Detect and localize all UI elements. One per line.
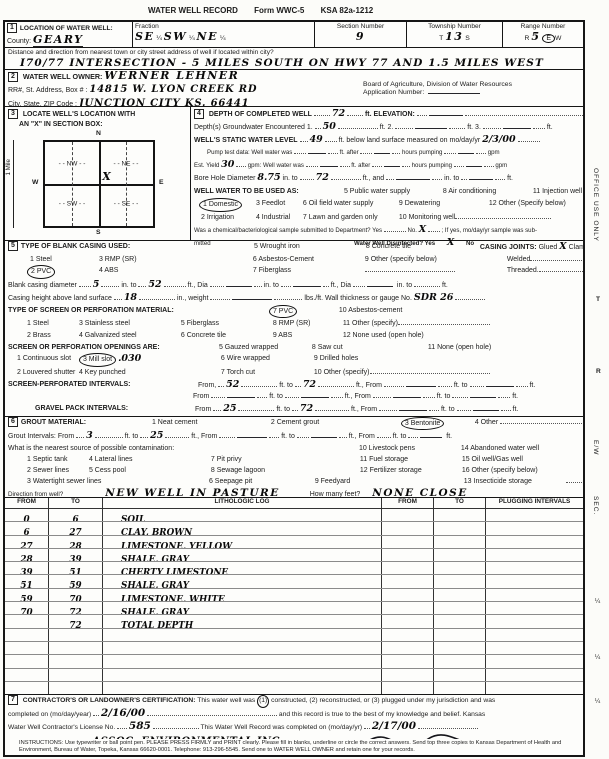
contamination-option: 2 Sewer lines bbox=[27, 465, 87, 476]
dotted-leader bbox=[373, 391, 391, 398]
opening-option: 1 Continuous slot bbox=[17, 353, 77, 365]
document-title: WATER WELL RECORD bbox=[148, 6, 238, 15]
from-value: 51 bbox=[20, 581, 32, 587]
lithology-value: CHERTY LIMESTONE bbox=[121, 568, 228, 574]
dotted-leader bbox=[418, 722, 478, 729]
lithology-value: LIMESTONE, YELLOW bbox=[121, 542, 232, 548]
dotted-leader bbox=[398, 318, 490, 325]
est-yield-label: Est. Yield bbox=[194, 162, 219, 169]
blank-dash bbox=[367, 281, 393, 287]
dotted-leader bbox=[147, 709, 277, 716]
section3-4-row: 3 LOCATE WELL'S LOCATION WITH AN "X" IN … bbox=[5, 107, 583, 241]
fraction-cell: Fraction SE ¼ SW ¼ NE ¼ bbox=[133, 22, 315, 47]
section6-number: 6 bbox=[8, 417, 18, 427]
ft-dia-label: ft., Dia bbox=[188, 282, 208, 289]
dotted-leader bbox=[495, 173, 505, 180]
screen-interval-to: 72 bbox=[303, 379, 316, 390]
dotted-leader bbox=[238, 404, 274, 411]
dotted-leader bbox=[449, 122, 465, 129]
dotted-leader bbox=[306, 160, 318, 167]
table-header-row: FROM TO LITHOLOGIC LOG FROM TO PLUGGING … bbox=[5, 498, 583, 509]
section4-well-data: 4 DEPTH OF COMPLETED WELL 72 ft. ELEVATI… bbox=[191, 107, 583, 240]
range-cell: Range Number R 5 EW bbox=[503, 22, 583, 47]
range-east-circled: E bbox=[542, 34, 555, 43]
dotted-leader bbox=[457, 404, 471, 411]
dotted-leader bbox=[323, 280, 329, 287]
screen-material-title: TYPE OF SCREEN OR PERFORATION MATERIAL: bbox=[8, 305, 267, 317]
use-option: 12 Other (Specify below) bbox=[489, 198, 566, 210]
table-row: 6 27 CLAY, BROWN bbox=[5, 522, 583, 535]
dotted-leader bbox=[498, 391, 510, 398]
dotted-leader bbox=[539, 265, 583, 272]
section1-location-row: 1LOCATION OF WATER WELL: County: GEARY F… bbox=[5, 22, 583, 48]
in-to-label: in. to bbox=[444, 175, 459, 182]
table-row-empty bbox=[5, 655, 583, 668]
dotted-leader bbox=[452, 391, 468, 398]
city-value: JUNCTION CITY KS. 66441 bbox=[79, 98, 249, 107]
dotted-leader bbox=[114, 293, 122, 300]
casing-option: 1 Steel bbox=[30, 254, 97, 266]
to-value: 6 bbox=[72, 515, 78, 521]
from-value: 0 bbox=[23, 515, 29, 521]
contamination-option: 10 Livestock pens bbox=[359, 443, 459, 454]
section3-locate-well: 3 LOCATE WELL'S LOCATION WITH AN "X" IN … bbox=[5, 107, 191, 240]
dotted-leader bbox=[377, 431, 391, 438]
fraction3-value: NE bbox=[197, 30, 218, 43]
dotted-leader bbox=[325, 135, 337, 142]
contamination-option: 7 Pit privy bbox=[211, 454, 358, 465]
dotted-leader bbox=[364, 722, 370, 729]
ft-from-label: ft., From bbox=[349, 433, 375, 440]
dotted-leader bbox=[465, 109, 583, 116]
quarter-dashed-line bbox=[72, 142, 73, 226]
slot-size-value: .030 bbox=[118, 353, 141, 364]
contamination-option: 12 Fertilizer storage bbox=[360, 465, 460, 476]
dotted-leader bbox=[274, 293, 302, 300]
use-option: 2 Irrigation bbox=[201, 212, 254, 224]
dotted-leader bbox=[138, 280, 146, 287]
dotted-leader bbox=[241, 380, 277, 387]
one-mile-scale-line bbox=[13, 140, 14, 228]
static-water-level-label: WELL'S STATIC WATER LEVEL bbox=[194, 137, 298, 144]
blank-dash bbox=[301, 392, 329, 398]
depth-value: 72 bbox=[332, 108, 345, 119]
township-label: Township Number bbox=[409, 23, 500, 30]
dotted-leader bbox=[331, 173, 361, 180]
gpm-label: gpm bbox=[495, 162, 507, 169]
license-label: Water Well Contractor's License No. bbox=[8, 724, 115, 731]
ft-label: ft. bbox=[512, 393, 518, 400]
grout-intervals-label: Grout Intervals: bbox=[8, 433, 56, 440]
dotted-leader bbox=[269, 431, 279, 438]
blank-dash bbox=[458, 148, 474, 154]
range-w: W bbox=[555, 35, 561, 42]
contamination-option: 9 Feedyard bbox=[315, 476, 462, 487]
dotted-leader bbox=[500, 417, 583, 424]
screen-option: 2 Brass bbox=[27, 330, 77, 342]
completed-date-value: 2/16/00 bbox=[101, 708, 145, 719]
casing-title: TYPE OF BLANK CASING USED: bbox=[21, 243, 130, 250]
dotted-leader bbox=[93, 709, 99, 716]
disinfected-label: Water Well Disinfected? Yes bbox=[354, 240, 435, 247]
quarter-margin-label: ¼ bbox=[594, 698, 601, 706]
bore-diameter-value: 8.75 bbox=[257, 172, 280, 183]
use-option: 11 Injection well bbox=[533, 186, 582, 198]
opening-option: 8 Saw cut bbox=[312, 342, 426, 354]
to-value: 28 bbox=[69, 542, 81, 548]
dotted-leader bbox=[408, 431, 418, 438]
measured-date-value: 2/3/00 bbox=[482, 134, 515, 145]
blank-dash bbox=[470, 392, 496, 398]
board-block: Board of Agriculture, Division of Water … bbox=[363, 81, 512, 96]
compass-north-label: N bbox=[96, 130, 101, 137]
certification-text: This water well was bbox=[197, 697, 255, 704]
compass-south-label: S bbox=[96, 229, 101, 236]
blank-casing-diameter-label: Blank casing diameter bbox=[8, 282, 77, 289]
dotted-leader bbox=[140, 431, 148, 438]
distance-value: I70/77 INTERSECTION - 5 MILES SOUTH ON H… bbox=[20, 57, 544, 70]
blank-dash bbox=[311, 432, 337, 438]
grout-option: 1 Neat cement bbox=[152, 417, 269, 428]
se-quarter-label: SE bbox=[114, 201, 139, 208]
screen-option: 3 Stainless steel bbox=[79, 318, 179, 330]
dotted-leader bbox=[79, 280, 91, 287]
county-value: GEARY bbox=[33, 33, 83, 47]
pump-test-label: Pump test data: bbox=[207, 149, 250, 156]
use-label: WELL WATER TO BE USED AS: bbox=[194, 186, 342, 198]
dotted-leader bbox=[210, 293, 230, 300]
dotted-leader bbox=[153, 722, 199, 729]
screen-option: 11 Other (specify) bbox=[343, 318, 398, 330]
blank-dash bbox=[469, 174, 493, 180]
section5-number: 5 bbox=[8, 241, 18, 251]
dotted-leader bbox=[402, 160, 410, 167]
dotted-leader bbox=[165, 431, 189, 438]
static-water-level-value: 49 bbox=[309, 134, 322, 145]
no-label: No bbox=[466, 240, 474, 247]
screen-option: 4 Galvanized steel bbox=[79, 330, 179, 342]
blank-dash bbox=[420, 432, 442, 438]
record-date-value: 2/17/00 bbox=[372, 721, 416, 732]
range-margin-label: R bbox=[596, 368, 601, 375]
casing-diameter-value: 5 bbox=[93, 279, 100, 290]
screen-option: 6 Concrete tile bbox=[181, 330, 271, 342]
well-location-x-mark: X bbox=[102, 170, 111, 183]
section7-number: 7 bbox=[8, 695, 18, 705]
office-use-only-label: OFFICE USE ONLY bbox=[592, 168, 599, 242]
from-label: From bbox=[58, 433, 74, 440]
to-header: TO bbox=[434, 498, 486, 508]
dotted-leader bbox=[417, 109, 427, 116]
ft-to-label: ft. to bbox=[454, 382, 468, 389]
lithology-value: CLAY, BROWN bbox=[121, 528, 192, 534]
dotted-leader bbox=[340, 160, 350, 167]
dotted-leader bbox=[384, 380, 404, 387]
blank-dash bbox=[428, 88, 480, 94]
to-value: 70 bbox=[69, 595, 81, 601]
township-value: 13 bbox=[445, 30, 463, 43]
how-many-feet-value: NONE CLOSE bbox=[372, 488, 467, 498]
opening-option: 2 Louvered shutter bbox=[17, 367, 77, 379]
contamination-option: 16 Other (specify below) bbox=[462, 465, 538, 476]
table-row: 59 70 LIMESTONE, WHITE bbox=[5, 589, 583, 602]
opening-option: 9 Drilled holes bbox=[314, 353, 358, 365]
opening-option: 10 Other (specify) bbox=[314, 367, 370, 379]
table-row: 27 28 LIMESTONE, YELLOW bbox=[5, 536, 583, 549]
sw-quarter-label: SW bbox=[59, 201, 85, 208]
blank-dash bbox=[384, 161, 400, 167]
screen-option: 1 Steel bbox=[27, 318, 77, 330]
application-number-label: Application Number: bbox=[363, 89, 424, 96]
dotted-leader bbox=[211, 391, 225, 398]
compass-west-label: W bbox=[32, 179, 38, 186]
section1-number: 1 bbox=[7, 23, 17, 33]
to-header: TO bbox=[49, 498, 103, 508]
casing-option: 9 Other (specify below) bbox=[365, 254, 477, 266]
contamination-label: What is the nearest source of possible c… bbox=[8, 443, 357, 454]
dotted-leader bbox=[438, 380, 452, 387]
dotted-leader bbox=[219, 431, 235, 438]
table-row: 0 6 SOIL bbox=[5, 509, 583, 522]
use-option: 3 Feedlot bbox=[256, 198, 301, 210]
section-box-midline-horizontal bbox=[45, 184, 153, 186]
ft-after-label: ft. after bbox=[340, 149, 359, 156]
section2-owner-block: 2 WATER WELL OWNER: WERNER LEHNER RR#, S… bbox=[5, 70, 583, 107]
grout-to-value: 25 bbox=[150, 430, 163, 441]
range-value: 5 bbox=[531, 30, 540, 43]
instructions-text: INSTRUCTIONS: Use typewriter or ball poi… bbox=[5, 739, 583, 753]
ft-from-label: ft., From bbox=[345, 393, 371, 400]
location-cell: 1LOCATION OF WATER WELL: County: GEARY bbox=[5, 22, 133, 47]
ft-to-label: ft. to bbox=[441, 406, 455, 413]
table-row: 51 59 SHALE, GRAY bbox=[5, 575, 583, 588]
dotted-leader bbox=[315, 122, 321, 129]
fraction2-value: SW bbox=[164, 30, 187, 43]
casing-height-value: 18 bbox=[124, 292, 137, 303]
table-row-empty bbox=[5, 669, 583, 682]
to-value: 39 bbox=[69, 555, 81, 561]
from-value: 59 bbox=[20, 595, 32, 601]
dotted-leader bbox=[294, 147, 306, 154]
township-t: T bbox=[439, 35, 443, 42]
blank-dash bbox=[415, 123, 447, 129]
blank-dash bbox=[399, 405, 427, 411]
est-yield-value: 30 bbox=[221, 159, 234, 170]
dotted-leader bbox=[339, 431, 347, 438]
dotted-leader bbox=[566, 476, 583, 483]
compass-east-label: E bbox=[159, 179, 164, 186]
blank-dash bbox=[429, 110, 463, 116]
dotted-leader bbox=[257, 391, 267, 398]
dotted-leader bbox=[370, 367, 490, 374]
gravel-pack-from: 25 bbox=[223, 403, 236, 414]
dotted-leader bbox=[444, 147, 456, 154]
dotted-leader bbox=[518, 135, 540, 142]
sample-question-label: Was a chemical/bacteriological sample su… bbox=[194, 227, 382, 234]
dotted-leader bbox=[300, 173, 314, 180]
distance-label: Distance and direction from nearest town… bbox=[5, 48, 583, 57]
ft-label: ft. bbox=[547, 124, 553, 131]
table-row: 70 72 SHALE, GRAY bbox=[5, 602, 583, 615]
lithology-value: TOTAL DEPTH bbox=[121, 621, 193, 627]
dotted-leader bbox=[395, 122, 413, 129]
section-number-cell: Section Number 9 bbox=[315, 22, 407, 47]
how-many-feet-label: How many feet? bbox=[310, 491, 361, 498]
no-label: No. bbox=[408, 227, 417, 234]
table-row-empty bbox=[5, 642, 583, 655]
fraction1-value: SE bbox=[135, 30, 154, 43]
table-row-empty bbox=[5, 629, 583, 642]
dotted-leader bbox=[328, 147, 338, 154]
well-water-was-label: Well water was bbox=[263, 162, 304, 169]
ksa-number: KSA 82a-1212 bbox=[321, 6, 374, 15]
quarter-margin-label: ¼ bbox=[594, 654, 601, 662]
ft-from-label: ft., From bbox=[356, 382, 382, 389]
lithology-value: SOIL bbox=[121, 515, 145, 521]
threaded-label: Threaded. bbox=[507, 267, 539, 274]
water-well-record-form: WATER WELL RECORD Form WWC-5 KSA 82a-121… bbox=[0, 0, 609, 759]
dotted-leader bbox=[318, 380, 354, 387]
screen-option: 10 Asbestos-cement bbox=[339, 305, 402, 317]
blank-dash bbox=[473, 405, 499, 411]
certification-title: CONTRACTOR'S OR LANDOWNER'S CERTIFICATIO… bbox=[23, 697, 196, 704]
to-value: 27 bbox=[69, 528, 81, 534]
screen-option: 12 None used (open hole) bbox=[343, 330, 424, 342]
use-option: 5 Public water supply bbox=[344, 186, 441, 198]
one-mile-label: 1 Mile bbox=[5, 159, 12, 176]
section3-number: 3 bbox=[8, 109, 18, 119]
to-value: 51 bbox=[69, 568, 81, 574]
dotted-leader bbox=[285, 391, 299, 398]
dotted-leader bbox=[533, 122, 545, 129]
dotted-leader bbox=[386, 173, 394, 180]
ft-label: ft. bbox=[513, 406, 519, 413]
county-label: County: bbox=[7, 38, 31, 45]
quarter-margin-label: ¼ bbox=[594, 598, 601, 606]
screen-option: 9 ABS bbox=[273, 330, 341, 342]
ft-label: ft. bbox=[446, 433, 452, 440]
blank-dash bbox=[227, 392, 255, 398]
to-value: 72 bbox=[69, 621, 81, 627]
ft-to-label: ft. to bbox=[279, 382, 293, 389]
table-row: 39 51 CHERTY LIMESTONE bbox=[5, 562, 583, 575]
in-to-label: in. to bbox=[264, 282, 279, 289]
bore-hole-label: Bore Hole Diameter bbox=[194, 175, 255, 182]
completed-on-label: completed on (mo/day/year) bbox=[8, 711, 91, 718]
section4-number: 4 bbox=[194, 109, 204, 119]
blank-dash bbox=[406, 381, 436, 387]
blank-dash bbox=[308, 148, 326, 154]
dotted-leader bbox=[76, 431, 84, 438]
use-option: 8 Air conditioning bbox=[443, 186, 531, 198]
blank-dash bbox=[374, 148, 390, 154]
form-number: Form WWC-5 bbox=[254, 6, 304, 15]
business-name-value: ASSOC. ENVIRONMENTAL INC. bbox=[92, 736, 283, 739]
certification-text: constructed, (2) reconstructed, or (3) p… bbox=[271, 697, 495, 704]
use-option: 7 Lawn and garden only bbox=[303, 212, 397, 224]
blank-dash bbox=[393, 392, 421, 398]
grout-option: 4 Other bbox=[475, 417, 498, 428]
dotted-leader bbox=[295, 380, 301, 387]
ft-label: ft. bbox=[507, 175, 513, 182]
nw-quarter-label: NW bbox=[59, 160, 86, 167]
gpm2-label: gpm: bbox=[248, 162, 262, 169]
township-cell: Township Number T 13 S bbox=[407, 22, 503, 47]
east-west-margin-label: E/W bbox=[592, 440, 599, 455]
dotted-leader bbox=[414, 280, 440, 287]
sample-question-tail: ; If yes, mo/day/yr sample was sub- bbox=[441, 227, 537, 234]
casing-option: 3 RMP (SR) bbox=[99, 254, 251, 266]
lithology-value: LIMESTONE, WHITE bbox=[121, 595, 225, 601]
screen-option: 8 RMP (SR) bbox=[273, 318, 341, 330]
ft-label: ft. bbox=[529, 382, 535, 389]
dotted-leader bbox=[281, 280, 291, 287]
dotted-leader bbox=[95, 431, 123, 438]
hours-pumping-label: hours pumping bbox=[412, 162, 452, 169]
grout-from-value: 3 bbox=[86, 430, 93, 441]
depth-label: DEPTH OF COMPLETED WELL bbox=[209, 111, 312, 118]
dotted-leader bbox=[331, 391, 343, 398]
lithologic-log-table: FROM TO LITHOLOGIC LOG FROM TO PLUGGING … bbox=[5, 498, 583, 695]
elevation-label: ft. ELEVATION: bbox=[365, 111, 415, 118]
document-header: WATER WELL RECORD Form WWC-5 KSA 82a-121… bbox=[148, 6, 387, 15]
section1-title: LOCATION OF WATER WELL: bbox=[20, 25, 113, 32]
section2-number: 2 bbox=[8, 72, 18, 82]
dotted-leader bbox=[384, 225, 406, 232]
board-of-agriculture-text: Board of Agriculture, Division of Water … bbox=[363, 81, 512, 88]
screen-interval-from: 52 bbox=[226, 379, 239, 390]
use-option: 9 Dewatering bbox=[399, 198, 487, 210]
owner-label: WATER WELL OWNER: bbox=[23, 72, 103, 81]
address-value: 14815 W. LYON CREEK RD bbox=[89, 84, 257, 95]
license-value: 585 bbox=[129, 721, 151, 732]
dotted-leader bbox=[432, 173, 442, 180]
casing-height-label: Casing height above land surface bbox=[8, 295, 112, 302]
screen-intervals-label: SCREEN-PERFORATED INTERVALS: bbox=[8, 379, 196, 391]
dotted-leader bbox=[455, 293, 485, 300]
dotted-leader bbox=[353, 280, 365, 287]
ne-quarter-label: NE bbox=[114, 160, 139, 167]
dotted-leader bbox=[429, 404, 439, 411]
dotted-leader bbox=[372, 160, 382, 167]
from-value: 28 bbox=[20, 555, 32, 561]
blank-dash bbox=[232, 294, 272, 300]
dotted-leader bbox=[213, 404, 221, 411]
lithology-value: SHALE, GRAY bbox=[121, 555, 189, 561]
opening-option: 6 Wire wrapped bbox=[221, 353, 312, 365]
grout-option-bentonite-circled: 3 Bentonite bbox=[401, 417, 444, 430]
dotted-leader bbox=[455, 212, 551, 219]
gravel-pack-to: 72 bbox=[300, 403, 313, 414]
opening-option-mill-slot-circled: 3 Mill slot bbox=[79, 353, 116, 367]
opening-option: 7 Torch cut bbox=[221, 367, 312, 379]
plugging-intervals-header: PLUGGING INTERVALS bbox=[486, 498, 583, 508]
use-option: 4 Industrial bbox=[256, 212, 301, 224]
certification-text: and this record is true to the best of m… bbox=[279, 711, 485, 718]
section-number-label: Section Number bbox=[317, 23, 404, 30]
dotted-leader bbox=[164, 280, 186, 287]
contamination-option: 3 Watertight sewer lines bbox=[27, 476, 207, 487]
casing-to-value: 52 bbox=[148, 279, 161, 290]
dotted-leader bbox=[516, 380, 528, 387]
section-margin-label: SEC. bbox=[592, 496, 599, 515]
contamination-option: 5 Cess pool bbox=[89, 465, 209, 476]
ft-to-label: ft. to bbox=[437, 393, 451, 400]
hours-pumping-label: hours pumping bbox=[402, 149, 442, 156]
address-label: RR#, St. Address, Box # : bbox=[8, 87, 87, 94]
from-value: 6 bbox=[23, 528, 29, 534]
ft-from-label: ft., From bbox=[351, 406, 377, 413]
